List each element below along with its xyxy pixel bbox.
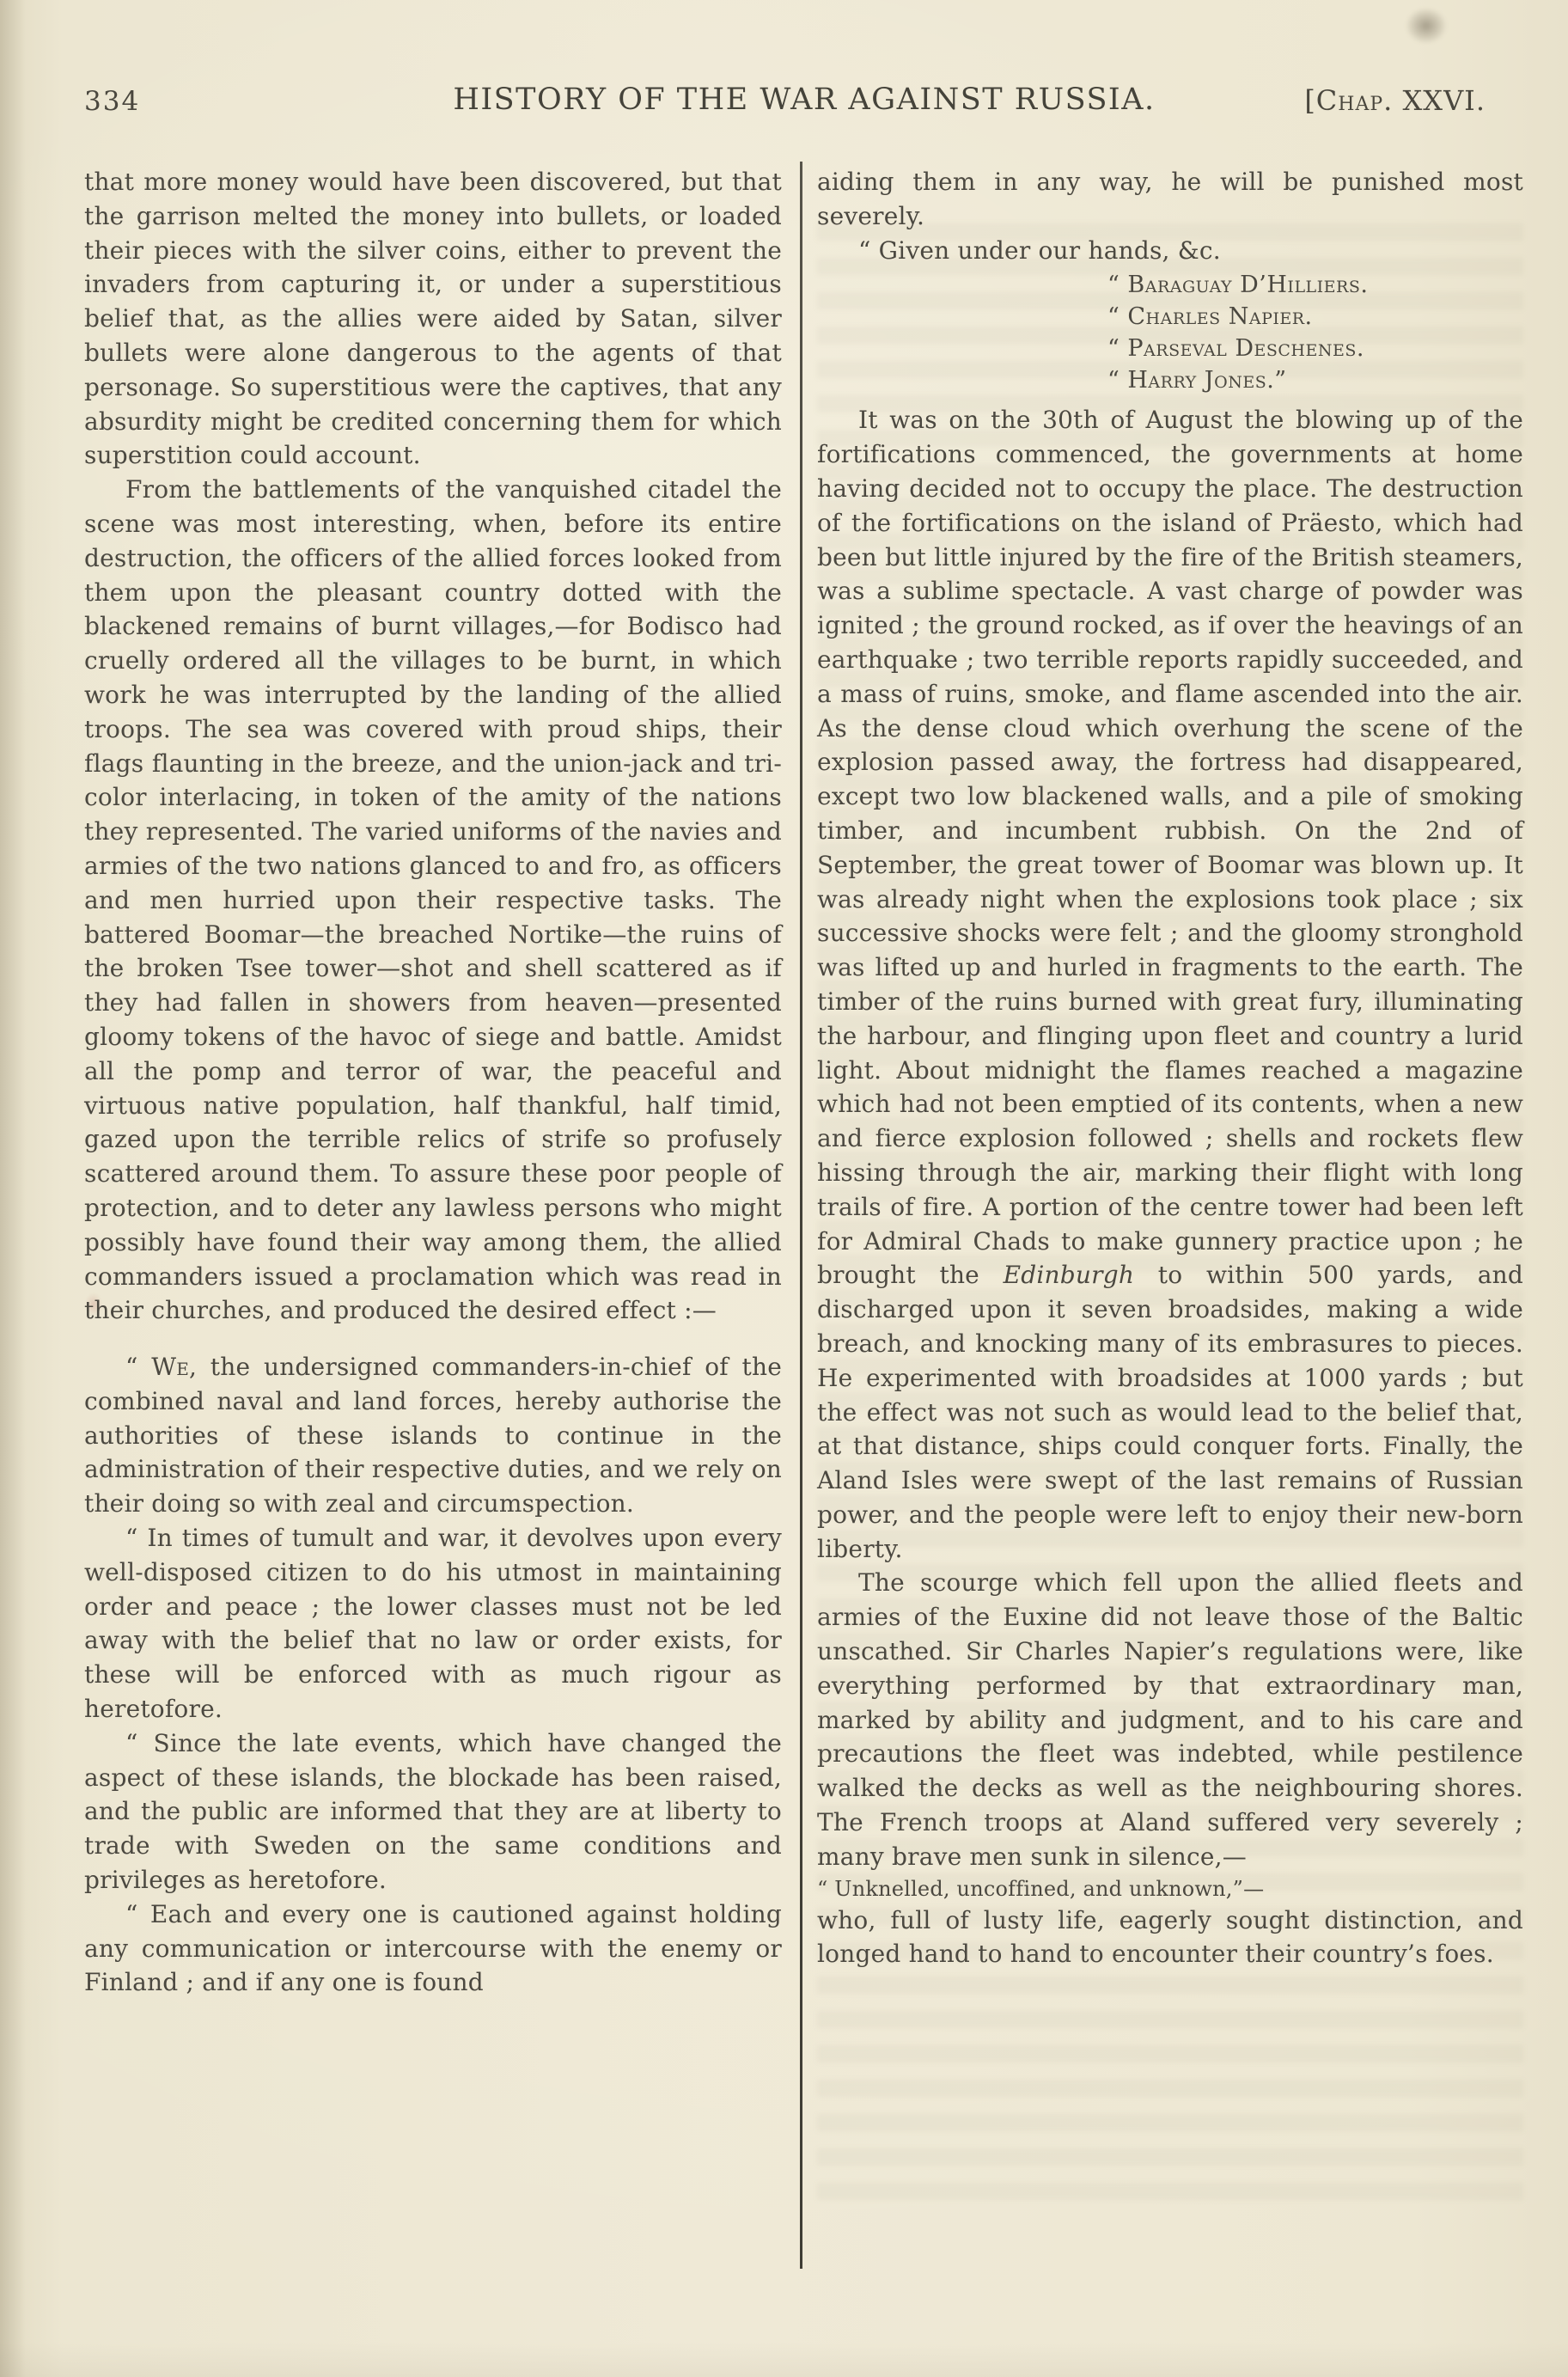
left-column: that more money would have been discover… xyxy=(84,165,782,2000)
ink-smudge xyxy=(1399,2,1454,50)
column-divider-rule xyxy=(800,162,802,2269)
proclamation-paragraph-tumult: “ In times of tumult and war, it devolve… xyxy=(84,1521,782,1726)
proclamation-paragraph-we: “ We, the undersigned commanders-in-chie… xyxy=(84,1350,782,1521)
paragraph-august: It was on the 30th of August the blowing… xyxy=(817,403,1523,1566)
proclamation-paragraph-since: “ Since the late events, which have chan… xyxy=(84,1726,782,1897)
signature-block: “ Baraguay D’Hilliers. “ Charles Napier.… xyxy=(1107,269,1523,396)
signature-line: “ Charles Napier. xyxy=(1107,301,1523,333)
page-bottom-shadow xyxy=(0,2343,1568,2377)
running-title: HISTORY OF THE WAR AGAINST RUSSIA. xyxy=(453,82,1155,117)
proclamation-paragraph-each: “ Each and every one is cautioned agains… xyxy=(84,1897,782,2000)
book-page: 334 HISTORY OF THE WAR AGAINST RUSSIA. [… xyxy=(0,0,1568,2377)
ship-name-edinburgh: Edinburgh xyxy=(1004,1261,1134,1289)
page-gutter-shadow xyxy=(0,0,26,2377)
paragraph-battlements: From the battlements of the vanquished c… xyxy=(84,473,782,1328)
right-column: aiding them in any way, he will be punis… xyxy=(817,165,1523,1971)
paragraph-scourge: The scourge which fell upon the allied f… xyxy=(817,1566,1523,1873)
proclamation-we-lead: “ We, xyxy=(125,1353,197,1381)
signature-line: “ Parseval Deschenes. xyxy=(1107,333,1523,364)
signature-line: “ Baraguay D’Hilliers. xyxy=(1107,269,1523,301)
signature-line: “ Harry Jones.” xyxy=(1107,364,1523,396)
paragraph-august-part1: It was on the 30th of August the blowing… xyxy=(817,406,1523,1289)
paragraph-august-part2: to within 500 yards, and discharged upon… xyxy=(817,1261,1523,1562)
paragraph-aiding: aiding them in any way, he will be punis… xyxy=(817,165,1523,234)
paragraph-who: who, full of lusty life, eagerly sought … xyxy=(817,1903,1523,1972)
page-number: 334 xyxy=(84,86,140,117)
paragraph-given-under: “ Given under our hands, &c. xyxy=(817,234,1523,268)
paragraph-continuation: that more money would have been discover… xyxy=(84,165,782,473)
verse-quotation: “ Unknelled, uncoffined, and unknown,”— xyxy=(817,1874,1523,1903)
chapter-label: [Chap. XXVI. xyxy=(1304,84,1486,117)
